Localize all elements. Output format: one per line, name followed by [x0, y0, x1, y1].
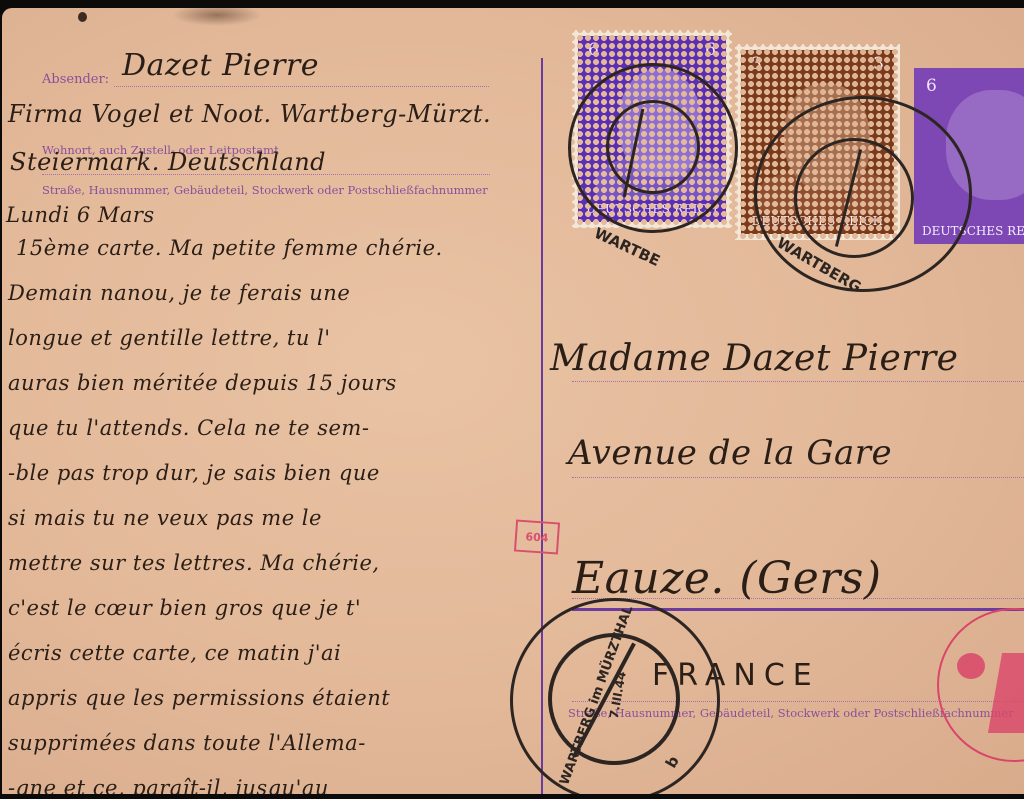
stamp-value: 3 [751, 54, 762, 74]
censor-mark [957, 653, 985, 679]
message-line: c'est le cœur bien gros que je t' [8, 596, 361, 620]
sender-label: Absender: [42, 72, 109, 87]
message-line: si mais tu ne veux pas me le [8, 506, 322, 530]
message-line: -gne et ce, paraît-il, jusqu'au [8, 776, 329, 794]
message-date: Lundi 6 Mars [6, 203, 155, 227]
recipient-name: Madame Dazet Pierre [550, 338, 959, 379]
ink-dot [78, 12, 87, 22]
message-line: appris que les permissions étaient [8, 686, 390, 710]
message-line: longue et gentille lettre, tu l' [8, 326, 331, 350]
dotted-line [572, 477, 1024, 478]
stamp-value: 3 [873, 54, 884, 74]
sender-line3: Steiermark. Deutschland [10, 148, 326, 176]
message-line: mettre sur tes lettres. Ma chérie, [8, 551, 380, 575]
stamp-value: 6 [705, 40, 716, 60]
message-line: Demain nanou, je te ferais une [8, 281, 350, 305]
message-line: 15ème carte. Ma petite femme chérie. [16, 236, 443, 260]
message-line: écris cette carte, ce matin j'ai [8, 641, 341, 665]
stamp-value: 6 [588, 40, 599, 60]
message-line: auras bien méritée depuis 15 jours [8, 371, 397, 395]
postmark-inner-1 [606, 100, 700, 194]
sender-line2: Firma Vogel et Noot. Wartberg-Mürzt. [8, 100, 491, 128]
recipient-city: Eauze. (Gers) [572, 553, 882, 604]
postmark-inner-2 [794, 138, 914, 258]
stamp-value: 6 [926, 76, 937, 96]
message-line: supprimées dans toute l'Allema- [8, 731, 366, 755]
recipient-street: Avenue de la Gare [568, 433, 892, 473]
message-line: que tu l'attends. Cela ne te sem- [8, 416, 369, 440]
dotted-line [572, 381, 1024, 382]
sender-line3-caption: Straße, Hausnummer, Gebäudeteil, Stockwe… [42, 183, 488, 197]
dotted-line [114, 86, 489, 87]
censor-box-stamp: 604 [514, 520, 560, 555]
message-line: -ble pas trop dur, je sais bien que [8, 461, 380, 485]
postcard: Absender: Wohnort, auch Zustell- oder Le… [2, 8, 1024, 794]
ink-stain [172, 8, 262, 26]
sender-name: Dazet Pierre [122, 48, 319, 83]
